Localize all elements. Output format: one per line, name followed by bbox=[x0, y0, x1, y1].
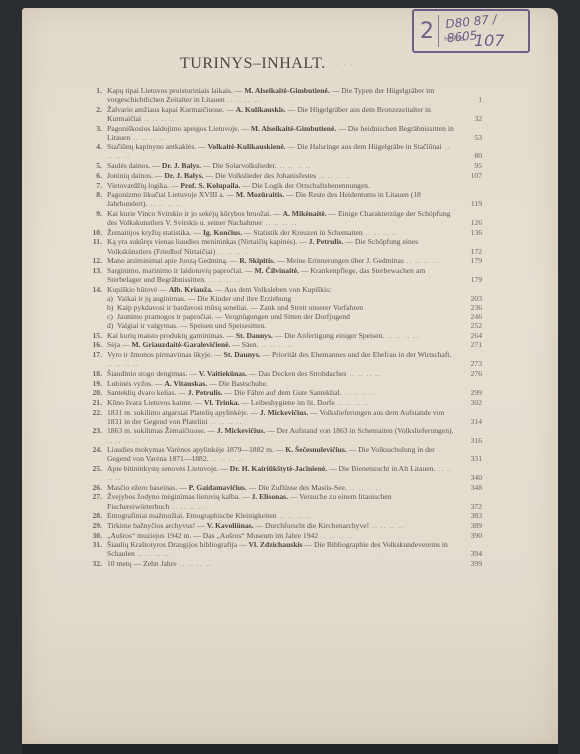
entry-author: R. Skipitis. bbox=[239, 256, 275, 265]
toc-entry: 15.Kai kurių maisto produktų gaminimas. … bbox=[82, 331, 482, 340]
entry-page-number: 331 bbox=[458, 454, 482, 463]
entry-author: J. Elisonas. bbox=[251, 492, 288, 501]
entry-page-number: 273 bbox=[458, 359, 482, 368]
entry-text: „Aušros“ muziejus 1942 m. — Das „Aušros“… bbox=[107, 531, 482, 540]
stamp-handwritten-bottom: 107 bbox=[474, 31, 505, 50]
leader-dots: .. .. .. .. bbox=[107, 436, 139, 445]
entry-number: 25. bbox=[82, 464, 107, 482]
entry-title-lt: Vietovardžių logika. — bbox=[107, 181, 178, 190]
library-stamp: 2 D80 87 / 8605 Hefas 107 bbox=[412, 9, 530, 53]
entry-text: Žalvario amžiaus kapai Kurmaičiuose. — A… bbox=[107, 105, 482, 123]
entry-page-number: 299 bbox=[458, 388, 482, 397]
entry-number: 21. bbox=[82, 398, 107, 407]
toc-entry: 21.Kūno švara Lietuvos kaime. — Vl. Trin… bbox=[82, 398, 482, 407]
entry-number: 31. bbox=[82, 540, 107, 558]
entry-page-number: 394 bbox=[458, 549, 482, 558]
entry-text: Etnografiniai mažmožiai. Etnographische … bbox=[107, 511, 482, 520]
sub-entry-letter: d) bbox=[107, 321, 117, 330]
leader-dots: .. .. .. .. bbox=[318, 531, 353, 540]
entry-number: 8. bbox=[82, 190, 107, 208]
toc-entry: 1.Kapų tipai Lietuvos proistoriniais lai… bbox=[82, 86, 482, 104]
leader-dots: .. .. .. .. bbox=[141, 114, 176, 123]
entry-author: M. Alseikaitė-Gimbutienė. bbox=[244, 86, 329, 95]
entry-author: M. Mozūraitis. bbox=[236, 190, 284, 199]
entry-title-lt: Ką yra sukūręs vienas liaudies menininka… bbox=[107, 237, 307, 246]
entry-author: Volkaitė-Kulikauskienė. bbox=[208, 142, 286, 151]
entry-text: Kai kurių maisto produktų gaminimas. — S… bbox=[107, 331, 482, 340]
entry-title-de: — Die Volkslieder des Johanisfestes bbox=[205, 171, 316, 180]
toc-entry: 4.Stačiūnų kapinyno antkaklės. — Volkait… bbox=[82, 142, 482, 160]
entry-title-lt: 1863 m. sukilimas Žemaičiuose. — bbox=[107, 426, 215, 435]
entry-title-de: — Die Zuflüsse des Mastis-See. bbox=[249, 483, 347, 492]
entry-author: J. Mickevičius. bbox=[217, 426, 265, 435]
entry-title-lt: Masčio ežero baseinas. — bbox=[107, 483, 187, 492]
entry-title-lt: Sarginimo, marinimo ir laidotuvių paproč… bbox=[107, 266, 253, 275]
entry-author: Vl. Trinka. bbox=[204, 398, 239, 407]
toc-entry: 12.Mano atsiminimai apie Juozą Gedminą. … bbox=[82, 256, 482, 265]
toc-sub-entry: b)Kaip pykdavosi ir bardavosi mūsų senel… bbox=[107, 303, 454, 312]
entry-page-number: 107 bbox=[458, 171, 482, 180]
entry-title-lt: Šiaulių Kraštotyros Draugijos bibliograf… bbox=[107, 540, 247, 549]
leader-dots: .. .. .. .. bbox=[130, 133, 165, 142]
entry-title-lt: Santeklių dvaro kelias. — bbox=[107, 388, 186, 397]
entry-number: 29. bbox=[82, 521, 107, 530]
toc-entry: 8.Pagonizmo likučiai Lietuvoje XVIII a. … bbox=[82, 190, 482, 208]
entry-text: Vyro ir žmonos pirmavimas ūkyje. — St. D… bbox=[107, 350, 482, 368]
entry-title-de: — Meine Erinnerungen über J. Gedminas bbox=[277, 256, 404, 265]
entry-page-number: 172 bbox=[458, 247, 482, 256]
leader-dots: .. .. .. .. bbox=[107, 359, 139, 368]
entry-author: J. Petrulis. bbox=[309, 237, 344, 246]
entry-title-de: — Die Anfertigung einiger Speisen. bbox=[275, 331, 384, 340]
toc-entry: 23.1863 m. sukilimas Žemaičiuose. — J. M… bbox=[82, 426, 482, 444]
toc-entry: 18.Šiaudinio stogo dengimas. — V. Vaitie… bbox=[82, 369, 482, 378]
entry-author: J. Petrulis. bbox=[188, 388, 223, 397]
entry-page-number: 264 bbox=[458, 331, 482, 340]
entry-title-lt: Lubinės vyžos. — bbox=[107, 379, 162, 388]
entry-number: 32. bbox=[82, 559, 107, 568]
leader-dots: .. .. .. .. bbox=[147, 199, 182, 208]
entry-title-lt: Mano atsiminimai apie Juozą Gedminą. — bbox=[107, 256, 237, 265]
leader-dots: .. .. .. .. bbox=[225, 95, 260, 104]
entry-page-number: 179 bbox=[458, 275, 482, 284]
entry-text: Santeklių dvaro kelias. — J. Petrulis. —… bbox=[107, 388, 482, 397]
entry-number: 12. bbox=[82, 256, 107, 265]
entry-title-lt: Etnografiniai mažmožiai. Etnographische … bbox=[107, 511, 277, 520]
leader-dots: .. .. .. .. bbox=[369, 521, 404, 530]
entry-author: M. Čilvinaitė. bbox=[255, 266, 300, 275]
entry-title-de: — Das Decken des Strohdaches bbox=[249, 369, 346, 378]
toc-entry: 3.Pagoniškosios laidojimo apeigos Lietuv… bbox=[82, 124, 482, 142]
toc-entry: 24.Liaudies mokymas Varėnos apylinkėje 1… bbox=[82, 445, 482, 463]
entry-text: Šiaudinio stogo dengimas. — V. Vaitiekūn… bbox=[107, 369, 482, 378]
entry-text: Ką yra sukūręs vienas liaudies menininka… bbox=[107, 237, 482, 255]
entry-text: Tirkime bažnyčios archyvus! — V. Kavoliū… bbox=[107, 521, 482, 530]
entry-number: 28. bbox=[82, 511, 107, 520]
toc-entry: 5.Saulės dainos. — Dr. J. Balys. — Die S… bbox=[82, 161, 482, 170]
entry-page-number: 95 bbox=[458, 161, 482, 170]
toc-entry: 16.Sėja — M. Griauzdaitė-Garalevičienė. … bbox=[82, 340, 482, 349]
toc-entry: 9.Kai kurie Vinco Svirskio ir jo sekėjų … bbox=[82, 209, 482, 227]
entry-title-de: — Die Solarvolkslieder. bbox=[203, 161, 277, 170]
entry-title-de: — Die Fähre auf dem Gute Santeklial. bbox=[225, 388, 342, 397]
entry-title-lt: Apie bitininkystę senovės Lietuvoje. — bbox=[107, 464, 228, 473]
entry-author: Prof. S. Kolupaila. bbox=[180, 181, 240, 190]
entry-title-lt: Tirkime bažnyčios archyvus! — bbox=[107, 521, 205, 530]
entry-title-lt: Šiaudinio stogo dengimas. — bbox=[107, 369, 197, 378]
toc-entry: 19.Lubinės vyžos. — A. Vitauskas. — Die … bbox=[82, 379, 482, 388]
toc-entry: 7.Vietovardžių logika. — Prof. S. Kolupa… bbox=[82, 181, 482, 190]
entry-text: 1831 m. sukilimo atgarsiai Platelių apyl… bbox=[107, 408, 482, 426]
entry-text: Kūno švara Lietuvos kaime. — Vl. Trinka.… bbox=[107, 398, 482, 407]
entry-title-lt: Kai kurie Vinco Svirskio ir jo sekėjų kū… bbox=[107, 209, 281, 218]
entry-text: Žvejybos žodyno mėginimas lietuvių kalba… bbox=[107, 492, 482, 510]
entry-title-de: — Die Logik der Ortschaftsbenennungen. bbox=[242, 181, 370, 190]
leader-dots: .. .. .. .. bbox=[215, 247, 250, 256]
toc-entry: 2.Žalvario amžiaus kapai Kurmaičiuose. —… bbox=[82, 105, 482, 123]
leader-dots: .. .. .. .. bbox=[169, 502, 204, 511]
entry-number: 23. bbox=[82, 426, 107, 444]
entry-page-number: 119 bbox=[458, 199, 482, 208]
entry-page-number: 372 bbox=[458, 502, 482, 511]
toc-sub-entry: d)Valgiai ir valgymas. — Speisen und Spe… bbox=[107, 321, 454, 330]
toc-sub-entry: a)Vaikai ir jų auginimas. — Die Kinder u… bbox=[107, 294, 454, 303]
entry-page-number: 316 bbox=[458, 436, 482, 445]
toc-entry: 29.Tirkime bažnyčios archyvus! — V. Kavo… bbox=[82, 521, 482, 530]
entry-title-lt: Pagoniškosios laidojimo apeigos Lietuvoj… bbox=[107, 124, 249, 133]
leader-dots: .. .. .. .. bbox=[335, 398, 370, 407]
leader-dots: .. .. .. .. bbox=[206, 275, 241, 284]
entry-number: 11. bbox=[82, 237, 107, 255]
entry-text: Apie bitininkystę senovės Lietuvoje. — D… bbox=[107, 464, 482, 482]
entry-page-number: 53 bbox=[458, 133, 482, 142]
entry-page-number: 271 bbox=[458, 340, 482, 349]
entry-number: 18. bbox=[82, 369, 107, 378]
entry-title-de: — Statistik der Kreuzen in Schemaiten bbox=[244, 228, 363, 237]
entry-title-de: — Aus dem Volksleben von Kupiškis: bbox=[215, 285, 331, 294]
entry-number: 22. bbox=[82, 408, 107, 426]
entry-number: 15. bbox=[82, 331, 107, 340]
entry-number: 3. bbox=[82, 124, 107, 142]
entry-title-lt: Sėja — bbox=[107, 340, 130, 349]
entry-text: Sėja — M. Griauzdaitė-Garalevičienė. — S… bbox=[107, 340, 482, 349]
entry-title-lt: „Aušros“ muziejus 1942 m. — Das „Aušros“… bbox=[107, 531, 318, 540]
toc-entry: 30.„Aušros“ muziejus 1942 m. — Das „Aušr… bbox=[82, 531, 482, 540]
sub-entry-page: 246 bbox=[458, 312, 482, 321]
entry-page-number: 314 bbox=[458, 417, 482, 426]
leader-dots: .. .. .. .. bbox=[363, 228, 398, 237]
entry-title-de: — Durchforscht die Kirchenarchyve! bbox=[256, 521, 370, 530]
entry-text: Stačiūnų kapinyno antkaklės. — Volkaitė-… bbox=[107, 142, 482, 160]
entry-title-de: — Die Halsringe aus dem Hügelgräbe in St… bbox=[288, 142, 442, 151]
entry-number: 30. bbox=[82, 531, 107, 540]
entry-number: 16. bbox=[82, 340, 107, 349]
entry-title-lt: Stačiūnų kapinyno antkaklės. — bbox=[107, 142, 206, 151]
entry-author: Vl. Zdzichauskis bbox=[249, 540, 303, 549]
entry-text: Šiaulių Kraštotyros Draugijos bibliograf… bbox=[107, 540, 482, 558]
toc-entry: 6.Joninių dainos. — Dr. J. Balys. — Die … bbox=[82, 171, 482, 180]
entry-number: 6. bbox=[82, 171, 107, 180]
sub-entry-letter: a) bbox=[107, 294, 117, 303]
entry-text: Kapų tipai Lietuvos proistoriniais laika… bbox=[107, 86, 482, 104]
entry-text: 10 metų — Zehn Jahre .. .. .. .. bbox=[107, 559, 482, 568]
page-title: TURINYS–INHALT. bbox=[180, 55, 326, 73]
sub-entry-letter: b) bbox=[107, 303, 117, 312]
entry-title-lt: 1831 m. sukilimo atgarsiai Platelių apyl… bbox=[107, 408, 258, 417]
entry-text: Pagonizmo likučiai Lietuvoje XVIII a. — … bbox=[107, 190, 482, 208]
leader-dots: .. .. .. .. bbox=[177, 559, 212, 568]
entry-text: Vietovardžių logika. — Prof. S. Kolupail… bbox=[107, 181, 482, 190]
toc-entry: 32.10 metų — Zehn Jahre .. .. .. ..399 bbox=[82, 559, 482, 568]
entry-page-number: 126 bbox=[458, 218, 482, 227]
toc-entry: 28.Etnografiniai mažmožiai. Etnographisc… bbox=[82, 511, 482, 520]
entry-page-number: 302 bbox=[458, 398, 482, 407]
toc-entry: 14.Kupiškio būtovė — Alb. Kriaužа. — Aus… bbox=[82, 285, 482, 330]
toc-entry: 25.Apie bitininkystę senovės Lietuvoje. … bbox=[82, 464, 482, 482]
entry-title-lt: Žalvario amžiaus kapai Kurmaičiuose. — bbox=[107, 105, 234, 114]
toc-entry: 10.Žemaitijos kryžių statistika. — Ig. K… bbox=[82, 228, 482, 237]
entry-number: 2. bbox=[82, 105, 107, 123]
leader-dots: .. .. .. .. bbox=[347, 483, 382, 492]
stamp-number: 2 bbox=[420, 19, 434, 44]
entry-page-number: 276 bbox=[458, 369, 482, 378]
entry-title-de: — Die Bastschuhe. bbox=[209, 379, 268, 388]
entry-number: 24. bbox=[82, 445, 107, 463]
entry-author: Ig. Končius. bbox=[203, 228, 242, 237]
entry-page-number: 399 bbox=[458, 559, 482, 568]
entry-title-de: — Leibeshygiene im lit. Dorfe bbox=[241, 398, 334, 407]
entry-title-lt: Saulės dainos. — bbox=[107, 161, 160, 170]
entry-title-lt: Kūno švara Lietuvos kaime. — bbox=[107, 398, 202, 407]
entry-number: 5. bbox=[82, 161, 107, 170]
entry-text: Pagoniškosios laidojimo apeigos Lietuvoj… bbox=[107, 124, 482, 142]
table-of-contents: 1.Kapų tipai Lietuvos proistoriniais lai… bbox=[82, 86, 482, 569]
entry-number: 26. bbox=[82, 483, 107, 492]
entry-author: P. Gaidamavičius. bbox=[189, 483, 247, 492]
entry-text: Žemaitijos kryžių statistika. — Ig. Konč… bbox=[107, 228, 482, 237]
leader-dots: .. .. .. .. bbox=[135, 549, 170, 558]
entry-text: Masčio ežero baseinas. — P. Gaidamavičiu… bbox=[107, 483, 482, 492]
entry-title-lt: Žemaitijos kryžių statistika. — bbox=[107, 228, 201, 237]
entry-text: Saulės dainos. — Dr. J. Balys. — Die Sol… bbox=[107, 161, 482, 170]
sub-entry-text: Valgiai ir valgymas. — Speisen und Speis… bbox=[117, 321, 266, 330]
entry-title-lt: Vyro ir žmonos pirmavimas ūkyje. — bbox=[107, 350, 222, 359]
entry-page-number: 136 bbox=[458, 228, 482, 237]
entry-page-number: 348 bbox=[458, 483, 482, 492]
entry-title-lt: Joninių dainos. — bbox=[107, 171, 162, 180]
entry-author: A. Vitauskas. bbox=[164, 379, 207, 388]
entry-number: 20. bbox=[82, 388, 107, 397]
entry-author: J. Mickevičius. bbox=[260, 408, 308, 417]
leader-dots: .. .. .. .. bbox=[263, 218, 298, 227]
leader-dots: .. .. .. .. bbox=[384, 331, 419, 340]
sub-entry-text: Vaikai ir jų auginimas. — Die Kinder und… bbox=[117, 294, 291, 303]
entry-author: Alb. Kriaužа. bbox=[169, 285, 213, 294]
entry-number: 7. bbox=[82, 181, 107, 190]
entry-page-number: 179 bbox=[458, 256, 482, 265]
toc-entry: 31.Šiaulių Kraštotyros Draugijos bibliog… bbox=[82, 540, 482, 558]
stamp-divider bbox=[438, 15, 439, 47]
entry-author: St. Daunys. bbox=[236, 331, 273, 340]
leader-dots: .. .. .. .. bbox=[277, 161, 312, 170]
stamp-label: Hefas bbox=[444, 35, 464, 43]
entry-number: 1. bbox=[82, 86, 107, 104]
leader-dots: .. .. .. .. bbox=[277, 511, 312, 520]
entry-author: A. Mikėnaitė. bbox=[283, 209, 327, 218]
toc-entry: 13.Sarginimo, marinimo ir laidotuvių pap… bbox=[82, 266, 482, 284]
leader-dots: .. .. .. .. bbox=[404, 256, 439, 265]
entry-number: 4. bbox=[82, 142, 107, 160]
toc-entry: 20.Santeklių dvaro kelias. — J. Petrulis… bbox=[82, 388, 482, 397]
entry-title-de: — Die Bienenzucht in Alt Litauen. bbox=[329, 464, 435, 473]
entry-number: 13. bbox=[82, 266, 107, 284]
sub-entry-text: Kaip pykdavosi ir bardavosi mūsų senelia… bbox=[117, 303, 363, 312]
toc-sub-entry: c)Jaunimo pramogos ir papročiai. — Vergn… bbox=[107, 312, 454, 321]
entry-number: 9. bbox=[82, 209, 107, 227]
entry-title-de: — Der Aufstand von 1863 in Schemaiten (V… bbox=[267, 426, 453, 435]
entry-text: Sarginimo, marinimo ir laidotuvių paproč… bbox=[107, 266, 482, 284]
entry-author: M. Alseikaitė-Gimbutienė. bbox=[251, 124, 336, 133]
entry-title-de: — Säen. bbox=[232, 340, 258, 349]
entry-page-number: 383 bbox=[458, 511, 482, 520]
entry-author: St. Daunys. bbox=[224, 350, 261, 359]
entry-page-number: 80 bbox=[458, 151, 482, 160]
entry-author: V. Kavoliūnas. bbox=[207, 521, 254, 530]
entry-page-number: 389 bbox=[458, 521, 482, 530]
toc-entry: 11.Ką yra sukūręs vienas liaudies menini… bbox=[82, 237, 482, 255]
entry-page-number: 32 bbox=[458, 114, 482, 123]
entry-text: 1863 m. sukilimas Žemaičiuose. — J. Mick… bbox=[107, 426, 482, 444]
entry-text: Kupiškio būtovė — Alb. Kriaužа. — Aus de… bbox=[107, 285, 482, 330]
entry-title-lt: Liaudies mokymas Varėnos apylinkėje 1879… bbox=[107, 445, 283, 454]
toc-entry: 27.Žvejybos žodyno mėginimas lietuvių ka… bbox=[82, 492, 482, 510]
entry-page-number: 1 bbox=[458, 95, 482, 104]
entry-text: Mano atsiminimai apie Juozą Gedminą. — R… bbox=[107, 256, 482, 265]
entry-title-lt: Pagonizmo likučiai Lietuvoje XVIII a. — bbox=[107, 190, 234, 199]
sub-entry-page: 203 bbox=[458, 294, 482, 303]
toc-entry: 17.Vyro ir žmonos pirmavimas ūkyje. — St… bbox=[82, 350, 482, 368]
entry-number: 14. bbox=[82, 285, 107, 330]
entry-text: Lubinės vyžos. — A. Vitauskas. — Die Bas… bbox=[107, 379, 482, 388]
entry-page-number: 390 bbox=[458, 531, 482, 540]
sub-entry-page: 252 bbox=[458, 321, 482, 330]
entry-author: K. Šečesnulevičius. bbox=[285, 445, 346, 454]
leader-dots: .. .. .. .. bbox=[342, 388, 377, 397]
entry-text: Liaudies mokymas Varėnos apylinkėje 1879… bbox=[107, 445, 482, 463]
entry-title-de: — Priorität des Ehemannes und der Ehefra… bbox=[262, 350, 451, 359]
entry-author: V. Vaitiekūnas. bbox=[199, 369, 247, 378]
sub-entry-text: Jaunimo pramogos ir papročiai. — Vergnüg… bbox=[117, 312, 350, 321]
leader-dots: .. .. .. .. bbox=[208, 417, 243, 426]
leader-dots: .. .. .. .. bbox=[346, 369, 381, 378]
entry-number: 19. bbox=[82, 379, 107, 388]
entry-title-lt: Kupiškio būtovė — bbox=[107, 285, 167, 294]
page-bottom-shadow bbox=[22, 744, 558, 754]
entry-number: 17. bbox=[82, 350, 107, 368]
entry-author: Dr. J. Balys. bbox=[162, 161, 201, 170]
entry-title-lt: 10 metų — Zehn Jahre bbox=[107, 559, 177, 568]
entry-author: Dr. H. Kairiūkštytė-Jacinienė. bbox=[230, 464, 327, 473]
entry-title-lt: Kai kurių maisto produktų gaminimas. — bbox=[107, 331, 234, 340]
entry-author: Dr. J. Balys. bbox=[164, 171, 203, 180]
sub-entry-page: 236 bbox=[458, 303, 482, 312]
entry-number: 27. bbox=[82, 492, 107, 510]
entry-title-lt: Kapų tipai Lietuvos proistoriniais laika… bbox=[107, 86, 242, 95]
leader-dots: .. .. .. .. bbox=[258, 340, 293, 349]
entry-title-lt: Žvejybos žodyno mėginimas lietuvių kalba… bbox=[107, 492, 250, 501]
toc-entry: 26.Masčio ežero baseinas. — P. Gaidamavi… bbox=[82, 483, 482, 492]
sub-entry-letter: c) bbox=[107, 312, 117, 321]
leader-dots: .. .. .. .. bbox=[316, 171, 351, 180]
entry-number: 10. bbox=[82, 228, 107, 237]
entry-text: Kai kurie Vinco Svirskio ir jo sekėjų kū… bbox=[107, 209, 482, 227]
entry-author: A. Kulikauskis. bbox=[236, 105, 286, 114]
toc-entry: 22.1831 m. sukilimo atgarsiai Platelių a… bbox=[82, 408, 482, 426]
entry-author: M. Griauzdaitė-Garalevičienė. bbox=[131, 340, 230, 349]
entry-text: Joninių dainos. — Dr. J. Balys. — Die Vo… bbox=[107, 171, 482, 180]
entry-page-number: 340 bbox=[458, 473, 482, 482]
leader-dots: .. .. .. .. bbox=[209, 454, 244, 463]
faint-pencil-note: · · · · · · · · bbox=[322, 61, 375, 70]
